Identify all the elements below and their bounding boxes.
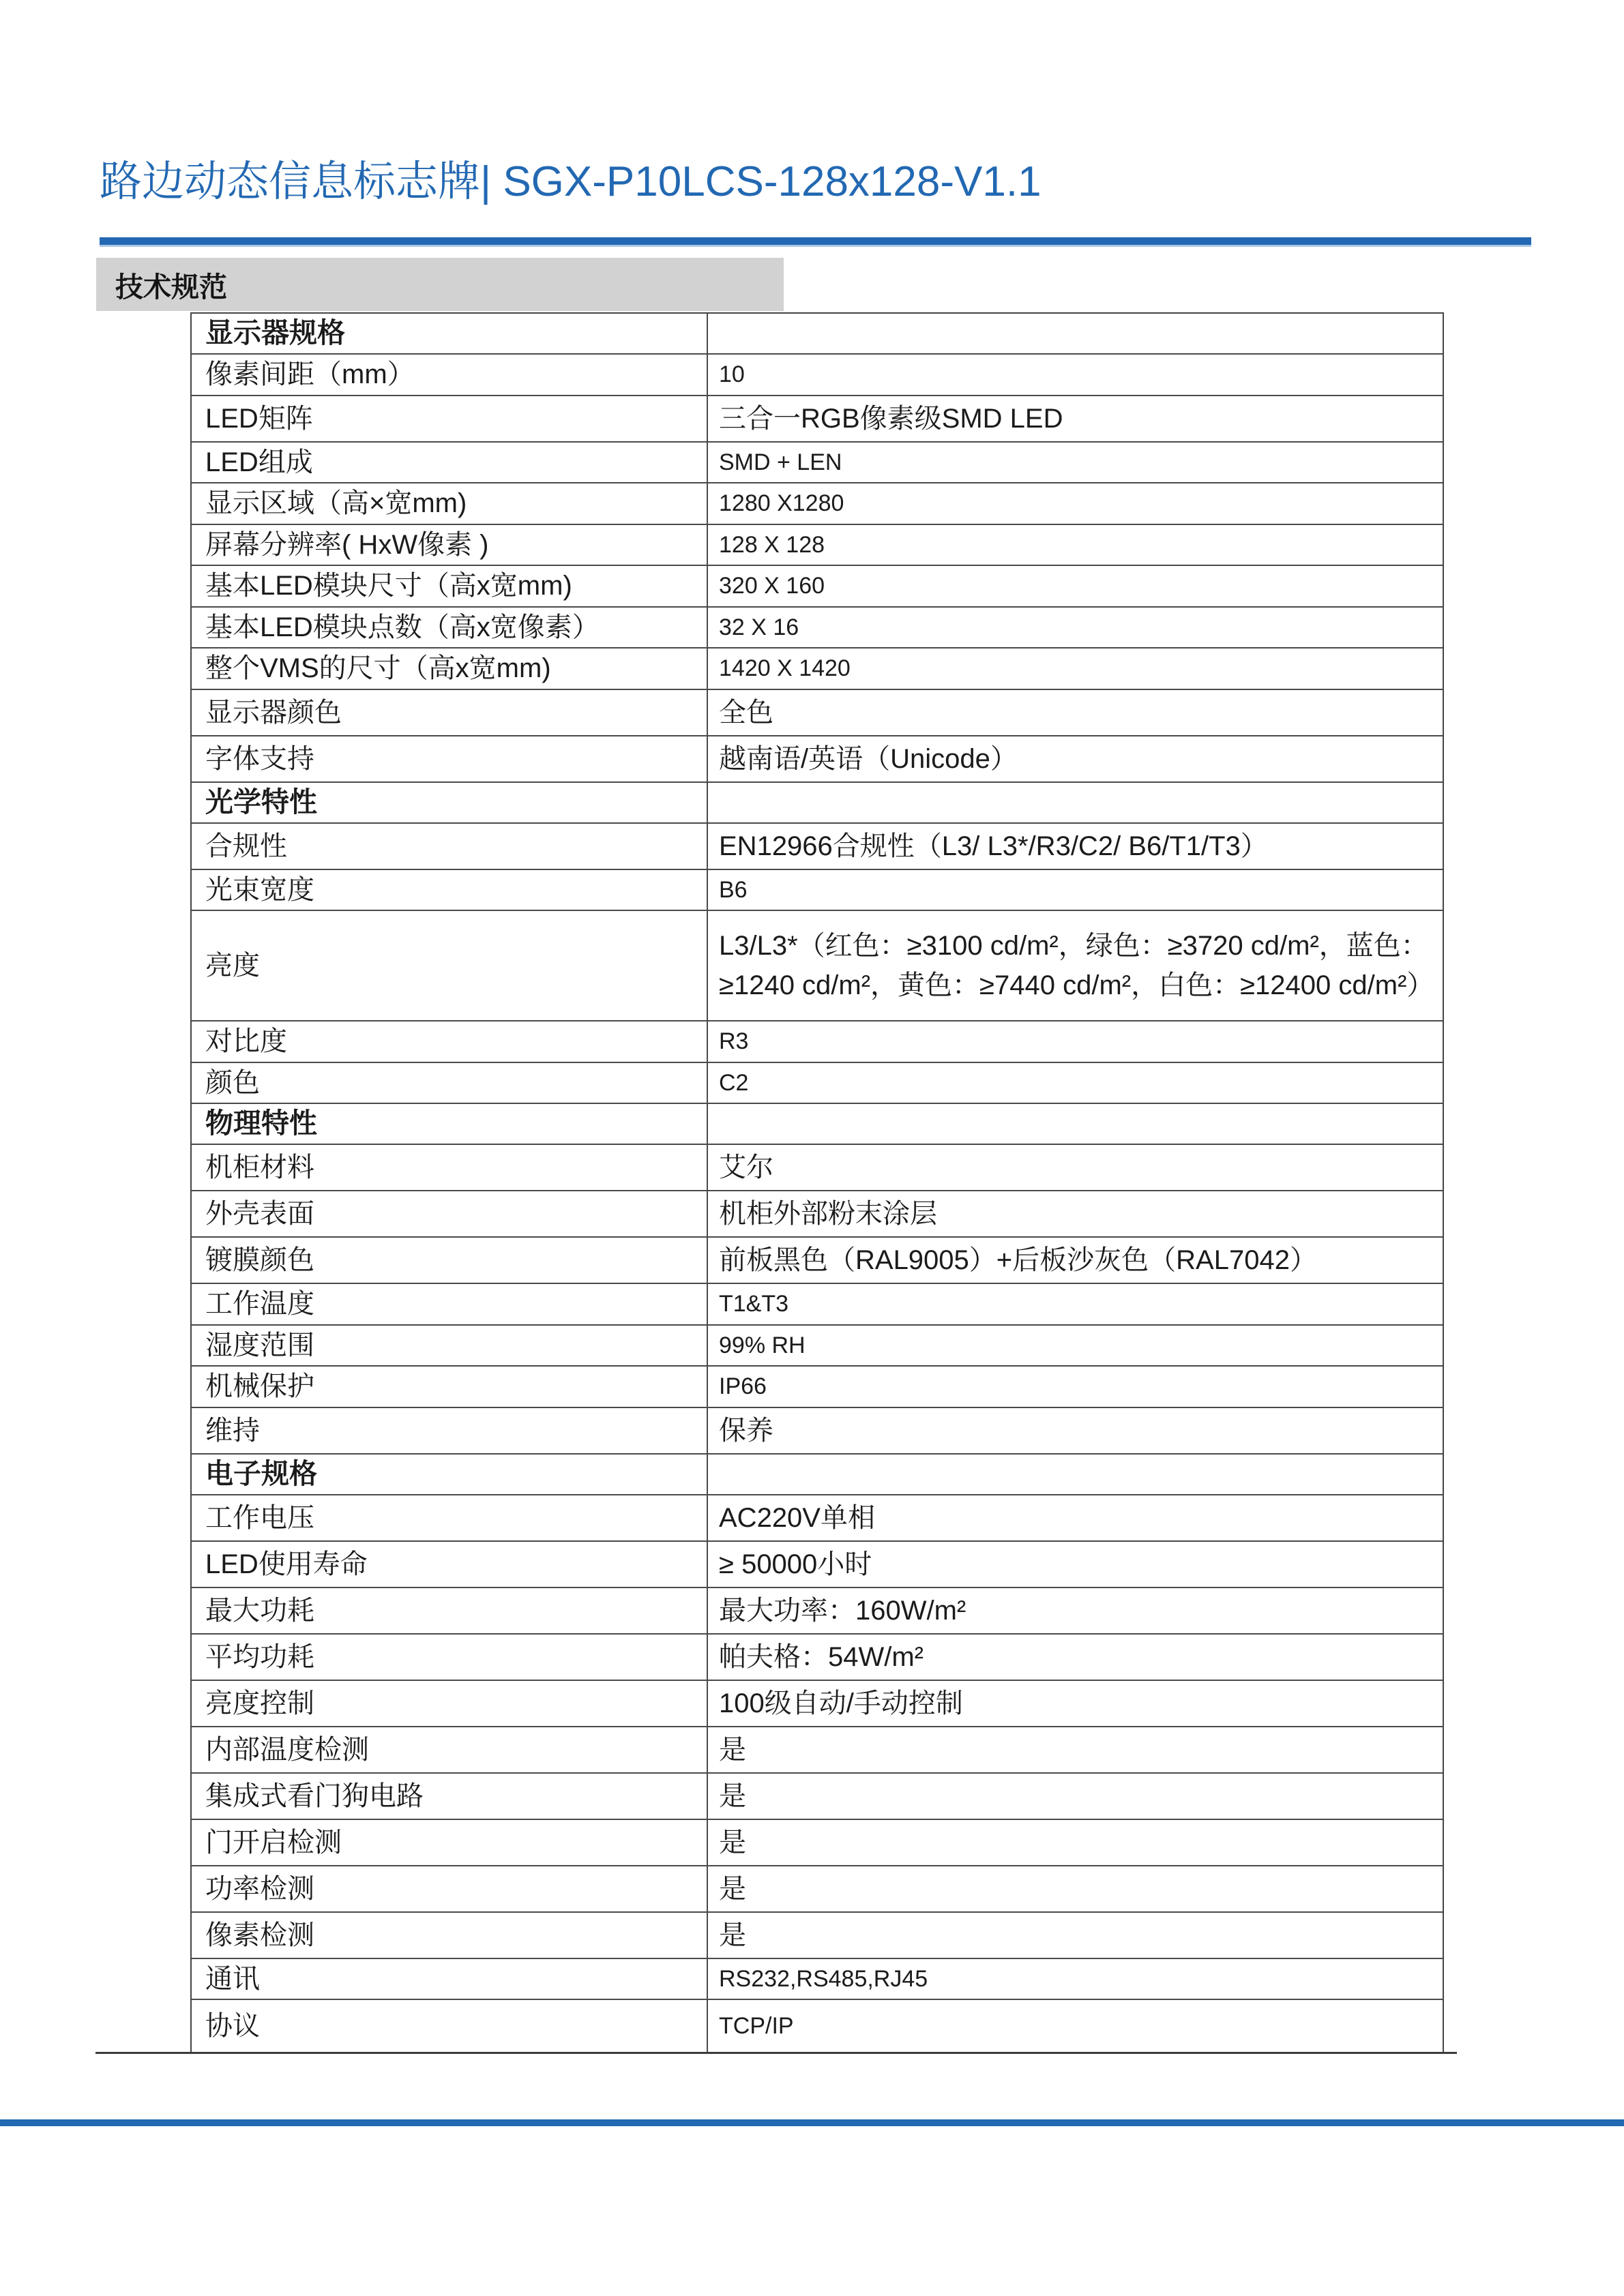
table-row: 整个VMS的尺寸（高x宽mm) 1420 X 1420 <box>192 647 1443 689</box>
table-row: 像素间距（mm） 10 <box>192 353 1443 395</box>
table-row: 维持 保养 <box>192 1407 1443 1453</box>
spec-value-cell: 10 <box>708 355 1443 395</box>
spec-value-cell: 越南语/英语（Unicode） <box>708 736 1443 781</box>
spec-value-cell: 保养 <box>708 1408 1443 1453</box>
spec-label-cell: LED矩阵 <box>192 396 708 441</box>
table-row: 协议 TCP/IP <box>192 1999 1443 2052</box>
spec-value-cell <box>708 1104 1443 1144</box>
spec-value-cell: RS232,RS485,RJ45 <box>708 1959 1443 1999</box>
spec-value-cell: 是 <box>708 1913 1443 1958</box>
spec-value-cell: 320 X 160 <box>708 566 1443 606</box>
spec-label-cell: 亮度控制 <box>192 1681 708 1726</box>
spec-label-cell: 湿度范围 <box>192 1326 708 1366</box>
spec-value-cell: 机柜外部粉末涂层 <box>708 1191 1443 1236</box>
spec-label-cell: 像素间距（mm） <box>192 355 708 395</box>
spec-label-cell: 屏幕分辨率( HxW像素 ) <box>192 525 708 565</box>
table-row: 基本LED模块点数（高x宽像素） 32 X 16 <box>192 606 1443 648</box>
section-banner-label: 技术规范 <box>96 265 227 305</box>
spec-value-cell: 1420 X 1420 <box>708 648 1443 689</box>
table-row: 外壳表面 机柜外部粉末涂层 <box>192 1190 1443 1236</box>
spec-value-cell: 100级自动/手动控制 <box>708 1681 1443 1726</box>
spec-label-cell: 光学特性 <box>192 783 708 822</box>
spec-value-cell: 是 <box>708 1820 1443 1865</box>
section-header-row: 物理特性 <box>192 1103 1443 1144</box>
spec-value-cell: 是 <box>708 1774 1443 1819</box>
spec-value-cell: 128 X 128 <box>708 525 1443 565</box>
table-row: LED矩阵 三合一RGB像素级SMD LED <box>192 395 1443 441</box>
spec-label-cell: 通讯 <box>192 1959 708 1999</box>
spec-label-cell: 内部温度检测 <box>192 1727 708 1772</box>
table-row: 内部温度检测 是 <box>192 1726 1443 1772</box>
spec-value-cell: IP66 <box>708 1367 1443 1407</box>
table-row: 合规性 EN12966合规性（L3/ L3*/R3/C2/ B6/T1/T3） <box>192 822 1443 869</box>
spec-label-cell: 基本LED模块尺寸（高x宽mm) <box>192 566 708 606</box>
spec-value-cell: 最大功率：160W/m² <box>708 1588 1443 1633</box>
spec-label-cell: 整个VMS的尺寸（高x宽mm) <box>192 648 708 689</box>
spec-label-cell: 维持 <box>192 1408 708 1453</box>
spec-label-cell: LED组成 <box>192 443 708 483</box>
spec-value-cell: 三合一RGB像素级SMD LED <box>708 396 1443 441</box>
spec-value-cell: C2 <box>708 1063 1443 1103</box>
spec-table-rows: 显示器规格 像素间距（mm） 10 LED矩阵 三合一RGB像素级SMD LED… <box>190 312 1444 2052</box>
spec-label-cell: 基本LED模块点数（高x宽像素） <box>192 608 708 648</box>
spec-label-cell: 光束宽度 <box>192 870 708 910</box>
spec-value-cell: SMD + LEN <box>708 443 1443 483</box>
spec-label-cell: 机柜材料 <box>192 1145 708 1190</box>
table-row: 集成式看门狗电路 是 <box>192 1772 1443 1819</box>
spec-value-cell: 99% RH <box>708 1326 1443 1366</box>
spec-label-cell: 像素检测 <box>192 1913 708 1958</box>
section-header-row: 显示器规格 <box>192 314 1443 353</box>
spec-value-cell: 是 <box>708 1866 1443 1911</box>
table-row: LED组成 SMD + LEN <box>192 441 1443 483</box>
section-banner: 技术规范 <box>96 258 784 311</box>
spec-label-cell: 显示区域（高×宽mm) <box>192 483 708 524</box>
spec-label-cell: 物理特性 <box>192 1104 708 1144</box>
spec-label-cell: 字体支持 <box>192 736 708 781</box>
spec-value-cell <box>708 314 1443 353</box>
spec-table: 显示器规格 像素间距（mm） 10 LED矩阵 三合一RGB像素级SMD LED… <box>190 312 1444 2054</box>
spec-label-cell: 最大功耗 <box>192 1588 708 1633</box>
table-row: 颜色 C2 <box>192 1062 1443 1103</box>
table-row: 镀膜颜色 前板黑色（RAL9005）+后板沙灰色（RAL7042） <box>192 1236 1443 1283</box>
spec-label-cell: 亮度 <box>192 911 708 1020</box>
spec-value-cell: TCP/IP <box>708 2000 1443 2052</box>
spec-label-cell: 工作电压 <box>192 1495 708 1540</box>
spec-label-cell: 颜色 <box>192 1063 708 1103</box>
spec-label-cell: 协议 <box>192 2000 708 2052</box>
table-row: 像素检测 是 <box>192 1911 1443 1958</box>
table-row: 显示区域（高×宽mm) 1280 X1280 <box>192 482 1443 524</box>
table-row: 亮度控制 100级自动/手动控制 <box>192 1680 1443 1726</box>
spec-value-cell: 艾尔 <box>708 1145 1443 1190</box>
section-header-row: 光学特性 <box>192 781 1443 822</box>
spec-value-cell: 是 <box>708 1727 1443 1772</box>
spec-value-cell: AC220V单相 <box>708 1495 1443 1540</box>
table-row: 最大功耗 最大功率：160W/m² <box>192 1587 1443 1633</box>
spec-value-cell: L3/L3*（红色：≥3100 cd/m²，绿色：≥3720 cd/m²，蓝色：… <box>708 911 1443 1020</box>
table-row: 屏幕分辨率( HxW像素 ) 128 X 128 <box>192 524 1443 565</box>
table-row: 光束宽度 B6 <box>192 869 1443 910</box>
spec-value-cell: 32 X 16 <box>708 608 1443 648</box>
spec-value-cell: 全色 <box>708 690 1443 735</box>
table-row: 显示器颜色 全色 <box>192 689 1443 735</box>
table-row: 基本LED模块尺寸（高x宽mm) 320 X 160 <box>192 565 1443 606</box>
page-title: 路边动态信息标志牌| SGX-P10LCS-128x128-V1.1 <box>100 157 1042 207</box>
spec-value-cell: 前板黑色（RAL9005）+后板沙灰色（RAL7042） <box>708 1238 1443 1283</box>
table-row: 功率检测 是 <box>192 1865 1443 1911</box>
table-row: 亮度 L3/L3*（红色：≥3100 cd/m²，绿色：≥3720 cd/m²，… <box>192 910 1443 1020</box>
table-row: LED使用寿命 ≥ 50000小时 <box>192 1540 1443 1587</box>
spec-value-cell: R3 <box>708 1022 1443 1062</box>
spec-value-cell: 1280 X1280 <box>708 483 1443 524</box>
spec-value-cell <box>708 783 1443 822</box>
table-row: 字体支持 越南语/英语（Unicode） <box>192 735 1443 781</box>
table-row: 工作电压 AC220V单相 <box>192 1494 1443 1540</box>
table-row: 门开启检测 是 <box>192 1819 1443 1865</box>
spec-label-cell: LED使用寿命 <box>192 1542 708 1587</box>
spec-label-cell: 对比度 <box>192 1022 708 1062</box>
title-divider-rule <box>100 237 1531 247</box>
spec-label-cell: 集成式看门狗电路 <box>192 1774 708 1819</box>
table-row: 工作温度 T1&T3 <box>192 1283 1443 1324</box>
spec-label-cell: 门开启检测 <box>192 1820 708 1865</box>
spec-value-cell: EN12966合规性（L3/ L3*/R3/C2/ B6/T1/T3） <box>708 824 1443 869</box>
footer-rule <box>0 2119 1624 2126</box>
spec-label-cell: 功率检测 <box>192 1866 708 1911</box>
section-header-row: 电子规格 <box>192 1453 1443 1494</box>
table-row: 对比度 R3 <box>192 1020 1443 1062</box>
spec-value-cell <box>708 1455 1443 1494</box>
table-row: 平均功耗 帕夫格：54W/m² <box>192 1633 1443 1680</box>
spec-label-cell: 外壳表面 <box>192 1191 708 1236</box>
spec-label-cell: 平均功耗 <box>192 1635 708 1680</box>
spec-label-cell: 机械保护 <box>192 1367 708 1407</box>
spec-label-cell: 电子规格 <box>192 1455 708 1494</box>
table-row: 机械保护 IP66 <box>192 1365 1443 1407</box>
spec-value-cell: B6 <box>708 870 1443 910</box>
table-row: 通讯 RS232,RS485,RJ45 <box>192 1958 1443 1999</box>
spec-label-cell: 工作温度 <box>192 1284 708 1324</box>
table-row: 机柜材料 艾尔 <box>192 1144 1443 1190</box>
spec-label-cell: 镀膜颜色 <box>192 1238 708 1283</box>
table-bottom-rule <box>95 2052 1457 2054</box>
spec-value-cell: ≥ 50000小时 <box>708 1542 1443 1587</box>
spec-label-cell: 显示器规格 <box>192 314 708 353</box>
spec-value-cell: T1&T3 <box>708 1284 1443 1324</box>
spec-label-cell: 显示器颜色 <box>192 690 708 735</box>
spec-value-cell: 帕夫格：54W/m² <box>708 1635 1443 1680</box>
table-row: 湿度范围 99% RH <box>192 1324 1443 1366</box>
spec-label-cell: 合规性 <box>192 824 708 869</box>
